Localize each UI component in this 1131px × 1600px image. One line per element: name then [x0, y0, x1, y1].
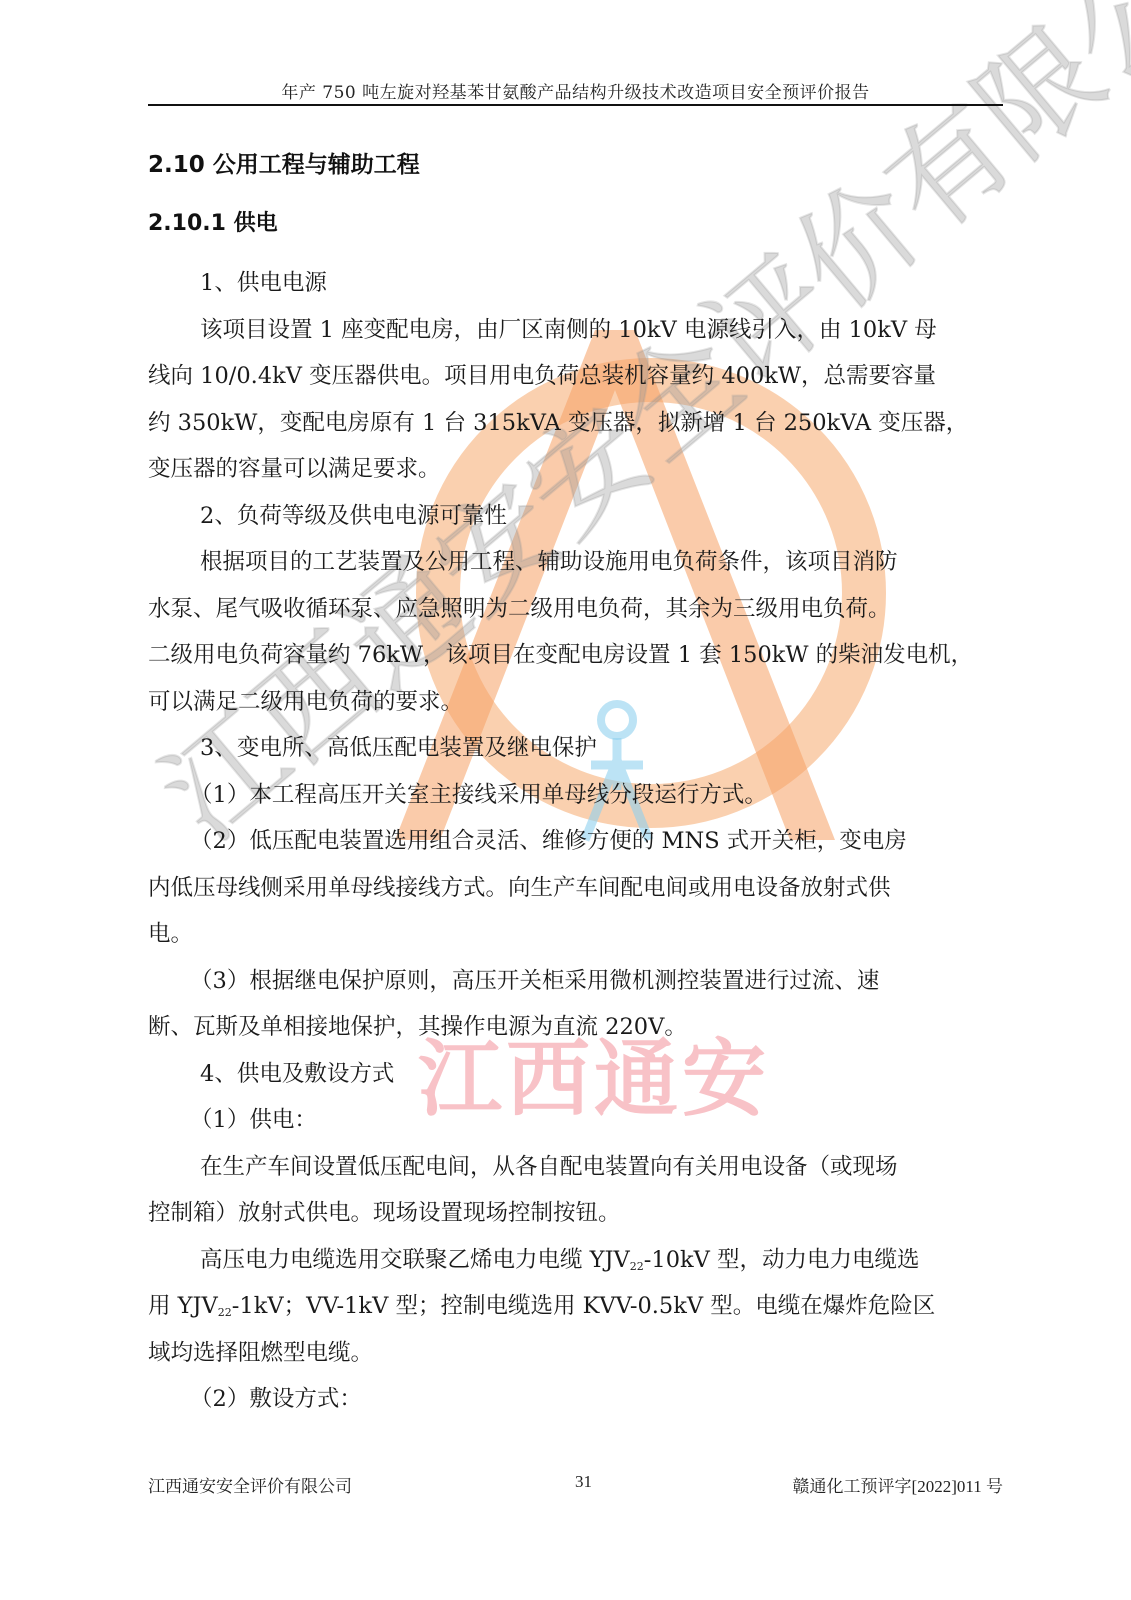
paragraph-line: 约 350kW，变配电房原有 1 台 315kVA 变压器，拟新增 1 台 25…	[148, 400, 1003, 447]
subscript: 22	[218, 1306, 232, 1319]
section-heading: 2.10 公用工程与辅助工程	[148, 146, 420, 179]
running-header: 年产 750 吨左旋对羟基苯甘氨酸产品结构升级技术改造项目安全预评价报告	[148, 78, 1003, 103]
paragraph-line: 断、瓦斯及单相接地保护，其操作电源为直流 220V。	[148, 1004, 1003, 1051]
sub-item-1: （1）本工程高压开关室主接线采用单母线分段运行方式。	[148, 772, 1003, 819]
sub-item-laying: （2）敷设方式：	[148, 1376, 1003, 1423]
subscript: 22	[630, 1260, 644, 1273]
body-text: 1、供电电源 该项目设置 1 座变配电房，由厂区南侧的 10kV 电源线引入，由…	[148, 260, 1003, 1423]
text-segment: 高压电力电缆选用交联聚乙烯电力电缆 YJV	[200, 1247, 630, 1273]
paragraph-line-cable-1: 高压电力电缆选用交联聚乙烯电力电缆 YJV22-10kV 型，动力电力电缆选	[148, 1237, 1003, 1284]
list-heading-1: 1、供电电源	[148, 260, 1003, 307]
header-rule	[148, 104, 1003, 106]
list-heading-3: 3、变电所、高低压配电装置及继电保护	[148, 725, 1003, 772]
page-number: 31	[575, 1472, 592, 1492]
footer-company: 江西通安安全评价有限公司	[148, 1472, 352, 1497]
paragraph-line: 线向 10/0.4kV 变压器供电。项目用电负荷总装机容量约 400kW，总需要…	[148, 353, 1003, 400]
document-page: 江西通安安全评价有限公司 江西通安 年产 750 吨左旋对羟基苯甘氨酸产品结构升…	[0, 0, 1131, 1600]
paragraph-line-cable-2: 用 YJV22-1kV；VV-1kV 型；控制电缆选用 KVV-0.5kV 型。…	[148, 1283, 1003, 1330]
paragraph-line: 域均选择阻燃型电缆。	[148, 1330, 1003, 1377]
paragraph-line: 水泵、尾气吸收循环泵、应急照明为二级用电负荷，其余为三级用电负荷。	[148, 586, 1003, 633]
text-segment: 用 YJV	[148, 1293, 218, 1319]
text-segment: -1kV；VV-1kV 型；控制电缆选用 KVV-0.5kV 型。电缆在爆炸危险…	[232, 1293, 936, 1319]
sub-item-2: （2）低压配电装置选用组合灵活、维修方便的 MNS 式开关柜，变电房	[148, 818, 1003, 865]
paragraph-line: 可以满足二级用电负荷的要求。	[148, 679, 1003, 726]
list-heading-4: 4、供电及敷设方式	[148, 1051, 1003, 1098]
paragraph-line: 二级用电负荷容量约 76kW，该项目在变配电房设置 1 套 150kW 的柴油发…	[148, 632, 1003, 679]
sub-item-3: （3）根据继电保护原则，高压开关柜采用微机测控装置进行过流、速	[148, 958, 1003, 1005]
footer-doc-number: 赣通化工预评字[2022]011 号	[793, 1472, 1003, 1497]
paragraph-line: 内低压母线侧采用单母线接线方式。向生产车间配电间或用电设备放射式供	[148, 865, 1003, 912]
paragraph-line: 变压器的容量可以满足要求。	[148, 446, 1003, 493]
paragraph-line: 根据项目的工艺装置及公用工程、辅助设施用电负荷条件，该项目消防	[148, 539, 1003, 586]
paragraph-line: 电。	[148, 911, 1003, 958]
paragraph-line: 在生产车间设置低压配电间，从各自配电装置向有关用电设备（或现场	[148, 1144, 1003, 1191]
text-segment: -10kV 型，动力电力电缆选	[644, 1247, 920, 1273]
subsection-heading: 2.10.1 供电	[148, 206, 278, 237]
paragraph-line: 该项目设置 1 座变配电房，由厂区南侧的 10kV 电源线引入，由 10kV 母	[148, 307, 1003, 354]
sub-item-supply: （1）供电：	[148, 1097, 1003, 1144]
list-heading-2: 2、负荷等级及供电电源可靠性	[148, 493, 1003, 540]
paragraph-line: 控制箱）放射式供电。现场设置现场控制按钮。	[148, 1190, 1003, 1237]
